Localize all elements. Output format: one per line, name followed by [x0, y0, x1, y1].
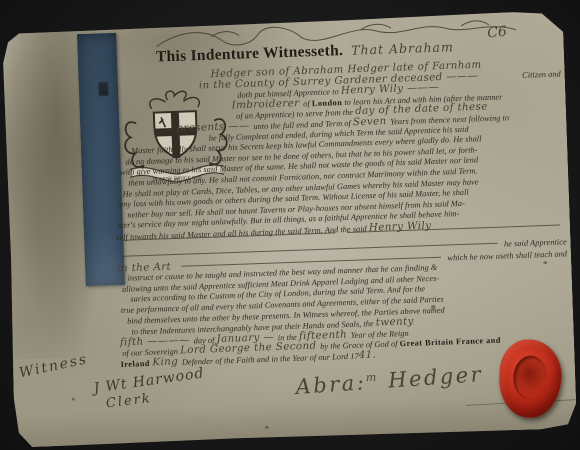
handwritten-text: in the Art: [117, 261, 175, 274]
ink-fleck: [265, 426, 269, 429]
handwritten-text: twenty: [376, 316, 414, 328]
witness-label: Witness: [18, 351, 90, 381]
ink-fleck: [72, 398, 75, 401]
signature-superscript: m: [365, 370, 379, 384]
printed-text: of: [303, 99, 312, 110]
handwritten-text: Seven: [353, 116, 391, 128]
parchment-document: DOMINE DIRIGE NOS This Indenture Witness…: [1, 10, 577, 447]
wax-seal-impression: [513, 355, 549, 400]
stain-bottom-edge: [14, 394, 577, 448]
body-lines: Hedger son of Abraham Hedger late of Far…: [110, 57, 570, 369]
photo-background: DOMINE DIRIGE NOS This Indenture Witness…: [0, 0, 580, 450]
red-wax-seal: [498, 339, 563, 419]
handwritten-text: 41.: [358, 350, 376, 361]
printed-text: he said Apprentice: [504, 237, 567, 250]
indenture-text: This Indenture Witnesseth. That Abraham …: [110, 34, 571, 369]
apprentice-signature: Abra:m Hedger: [295, 362, 484, 399]
handwritten-text: King: [152, 356, 182, 368]
heading-handwritten: That Abraham: [351, 38, 454, 60]
docket-corner-mark: C6: [486, 24, 507, 42]
handwritten-text: presents ——: [176, 121, 253, 134]
printed-text: Citizen and: [522, 69, 561, 81]
handwritten-text: Imbroiderer: [231, 98, 303, 111]
blackletter-text: Ireland: [120, 359, 152, 371]
signature-text: Hedger: [378, 362, 484, 393]
signature-text: Abra:: [295, 370, 367, 399]
duty-stamp-icon: [98, 81, 110, 96]
